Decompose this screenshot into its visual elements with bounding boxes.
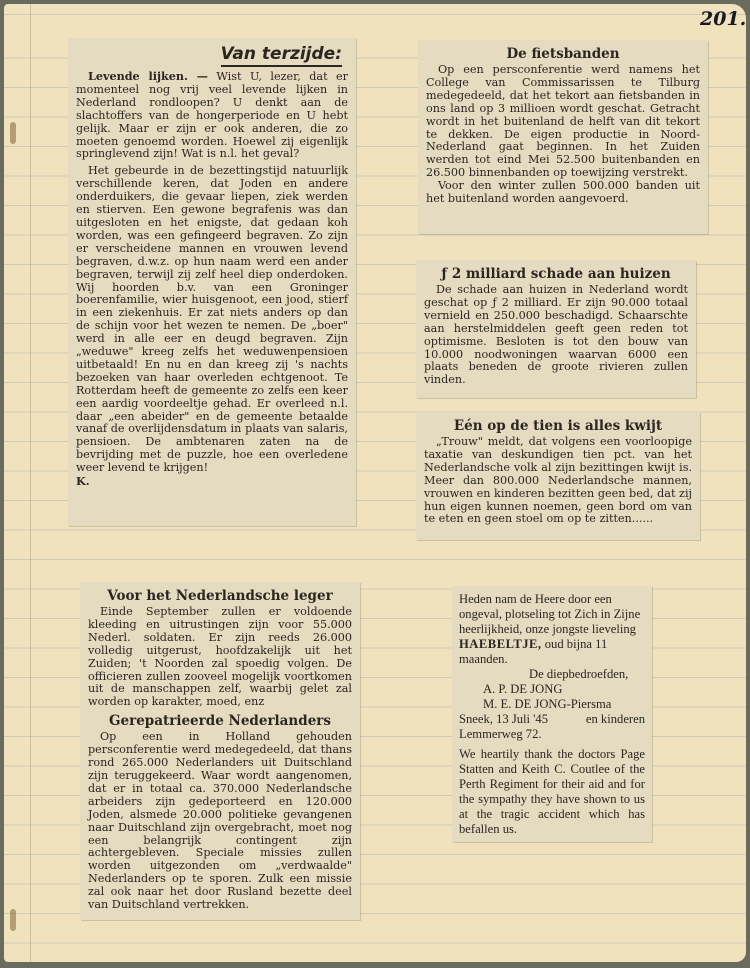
paragraph: Levende lijken. — Wist U, lezer, dat er … (76, 70, 348, 161)
death-notice: Heden nam de Heere door een ongeval, plo… (452, 586, 652, 842)
and-children: en kinderen (586, 712, 645, 727)
clipping-van-terzijde: Van terzijde: Levende lijken. — Wist U, … (68, 38, 356, 526)
clipping-leger-gerepatrieerde: Voor het Nederlandsche leger Einde Septe… (80, 582, 360, 920)
signature: K. (76, 475, 348, 488)
paragraph-text: Wist U, lezer, dat er momenteel nog vrij… (76, 70, 348, 160)
notice-text: Heden nam de Heere door een ongeval, plo… (459, 592, 645, 667)
paragraph: De schade aan huizen in Nederland wordt … (424, 284, 688, 387)
deceased-name: HAEBELTJE, (459, 637, 542, 651)
clipping-een-op-tien: Eén op de tien is alles kwijt „Trouw" me… (416, 412, 700, 540)
paragraph: Einde September zullen er voldoende klee… (88, 606, 352, 709)
headline: Gerepatrieerde Nederlanders (88, 713, 352, 729)
headline: ƒ 2 milliard schade aan huizen (424, 266, 688, 282)
clipping-schade-huizen: ƒ 2 milliard schade aan huizen De schade… (416, 260, 696, 398)
parent-name: A. P. DE JONG (459, 682, 645, 697)
clipping-fietsbanden: De fietsbanden Op een persconferentie we… (418, 40, 708, 234)
headline: Eén op de tien is alles kwijt (424, 418, 692, 434)
paragraph: Het gebeurde in de bezettingstijd natuur… (76, 165, 348, 475)
margin-line (30, 4, 31, 962)
headline: Voor het Nederlandsche leger (88, 588, 352, 604)
headline: De fietsbanden (426, 46, 700, 62)
paragraph: Voor den winter zullen 500.000 banden ui… (426, 180, 700, 206)
paragraph: Op een in Holland gehouden persconferent… (88, 731, 352, 912)
lead-heading: Levende lijken. — (88, 69, 208, 83)
paragraph: „Trouw" meldt, dat volgens een voorloopi… (424, 436, 692, 526)
english-thanks: We heartily thank the doctors Page Statt… (459, 747, 645, 837)
binding-hole-mark (10, 909, 16, 931)
column-title-text: Van terzijde: (221, 44, 342, 67)
column-title: Van terzijde: (76, 44, 348, 64)
notice-intro: Heden nam de Heere door een ongeval, plo… (459, 592, 640, 636)
parent-name: M. E. DE JONG-Piersma (459, 697, 645, 712)
mourners-label: De diepbedroefden, (459, 667, 645, 682)
page-number: 201. (700, 8, 746, 30)
place-date-row: Sneek, 13 Juli '45en kinderen (459, 712, 645, 727)
scrapbook-page: 201. Van terzijde: Levende lijken. — Wis… (4, 4, 746, 962)
binding-hole-mark (10, 122, 16, 144)
address: Lemmerweg 72. (459, 727, 645, 742)
place-date: Sneek, 13 Juli '45 (459, 712, 548, 727)
paragraph: Op een persconferentie werd namens het C… (426, 64, 700, 180)
